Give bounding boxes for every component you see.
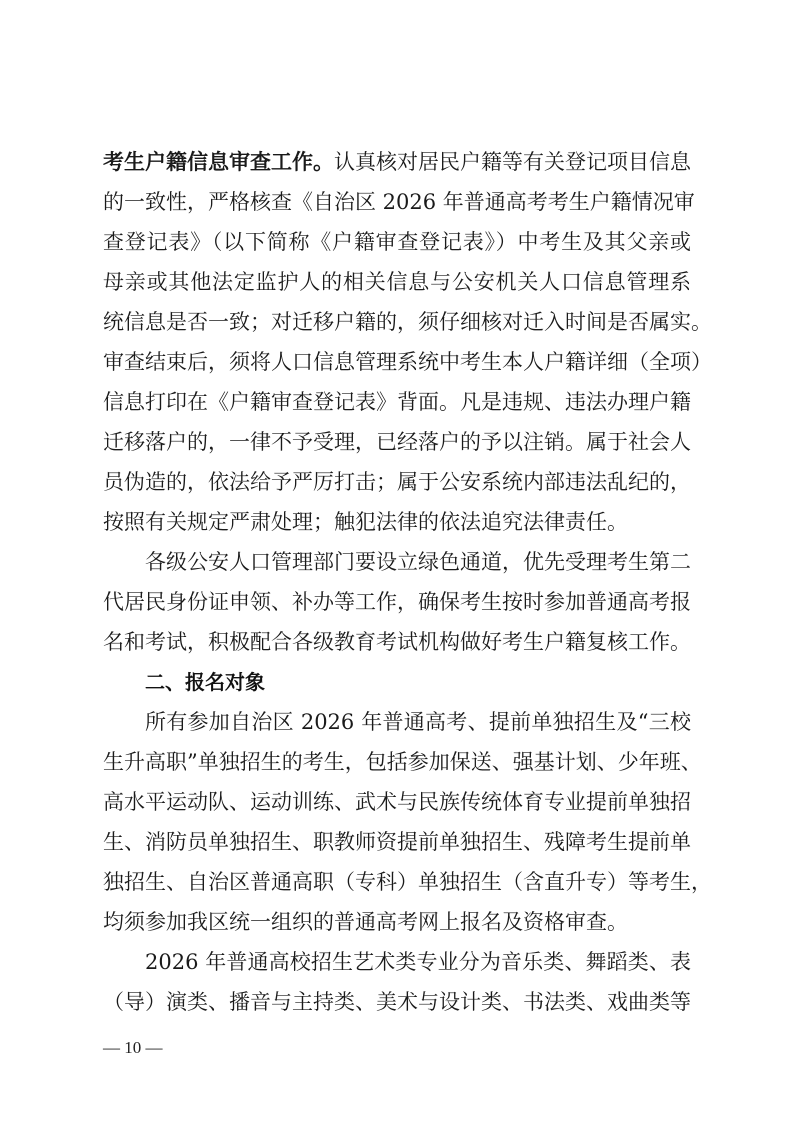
paragraph-1-line-7: 信息打印在《户籍审查登记表》背面。凡是违规、违法办理户籍 — [103, 383, 691, 421]
paragraph-2-line-3: 名和考试，积极配合各级教育考试机构做好考生户籍复核工作。 — [103, 623, 691, 661]
paragraph-3-line-3: 高水平运动队、运动训练、武术与民族传统体育专业提前单独招 — [103, 783, 691, 821]
paragraph-1-bold-lead: 考生户籍信息审查工作。 — [103, 149, 334, 174]
paragraph-4-line-1: 2026 年普通高校招生艺术类专业分为音乐类、舞蹈类、表 — [145, 943, 691, 981]
paragraph-3-line-1: 所有参加自治区 2026 年普通高考、提前单独招生及“三校 — [145, 703, 691, 741]
paragraph-1-line-9: 员伪造的，依法给予严厉打击；属于公安系统内部违法乱纪的， — [103, 463, 691, 501]
paragraph-1-line-6: 审查结束后，须将人口信息管理系统中考生本人户籍详细（全项） — [103, 343, 691, 381]
document-page: 考生户籍信息审查工作。认真核对居民户籍等有关登记项目信息 的一致性，严格核查《自… — [0, 0, 793, 1122]
section-heading: 二、报名对象 — [145, 663, 265, 701]
paragraph-1-line-3: 查登记表》（以下简称《户籍审查登记表》）中考生及其父亲或 — [103, 223, 691, 261]
paragraph-1-line-10: 按照有关规定严肃处理；触犯法律的依法追究法律责任。 — [103, 503, 691, 541]
paragraph-1-line-1: 考生户籍信息审查工作。认真核对居民户籍等有关登记项目信息 — [103, 143, 691, 181]
paragraph-1-line-5: 统信息是否一致；对迁移户籍的，须仔细核对迁入时间是否属实。 — [103, 303, 691, 341]
paragraph-1-line-1-rest: 认真核对居民户籍等有关登记项目信息 — [334, 150, 691, 174]
paragraph-4-line-2: （导）演类、播音与主持类、美术与设计类、书法类、戏曲类等 — [103, 983, 691, 1021]
paragraph-1-line-4: 母亲或其他法定监护人的相关信息与公安机关人口信息管理系 — [103, 263, 691, 301]
paragraph-3-line-5: 独招生、自治区普通高职（专科）单独招生（含直升专）等考生， — [103, 863, 691, 901]
paragraph-2-line-2: 代居民身份证申领、补办等工作，确保考生按时参加普通高考报 — [103, 583, 691, 621]
paragraph-1-line-2: 的一致性，严格核查《自治区 2026 年普通高考考生户籍情况审 — [103, 183, 691, 221]
paragraph-1-line-8: 迁移落户的，一律不予受理，已经落户的予以注销。属于社会人 — [103, 423, 691, 461]
paragraph-3-line-2: 生升高职”单独招生的考生，包括参加保送、强基计划、少年班、 — [103, 743, 691, 781]
paragraph-3-line-6: 均须参加我区统一组织的普通高考网上报名及资格审查。 — [103, 903, 691, 941]
page-number: — 10 — — [103, 1037, 163, 1059]
paragraph-2-line-1: 各级公安人口管理部门要设立绿色通道，优先受理考生第二 — [145, 543, 691, 581]
paragraph-3-line-4: 生、消防员单独招生、职教师资提前单独招生、残障考生提前单 — [103, 823, 691, 861]
